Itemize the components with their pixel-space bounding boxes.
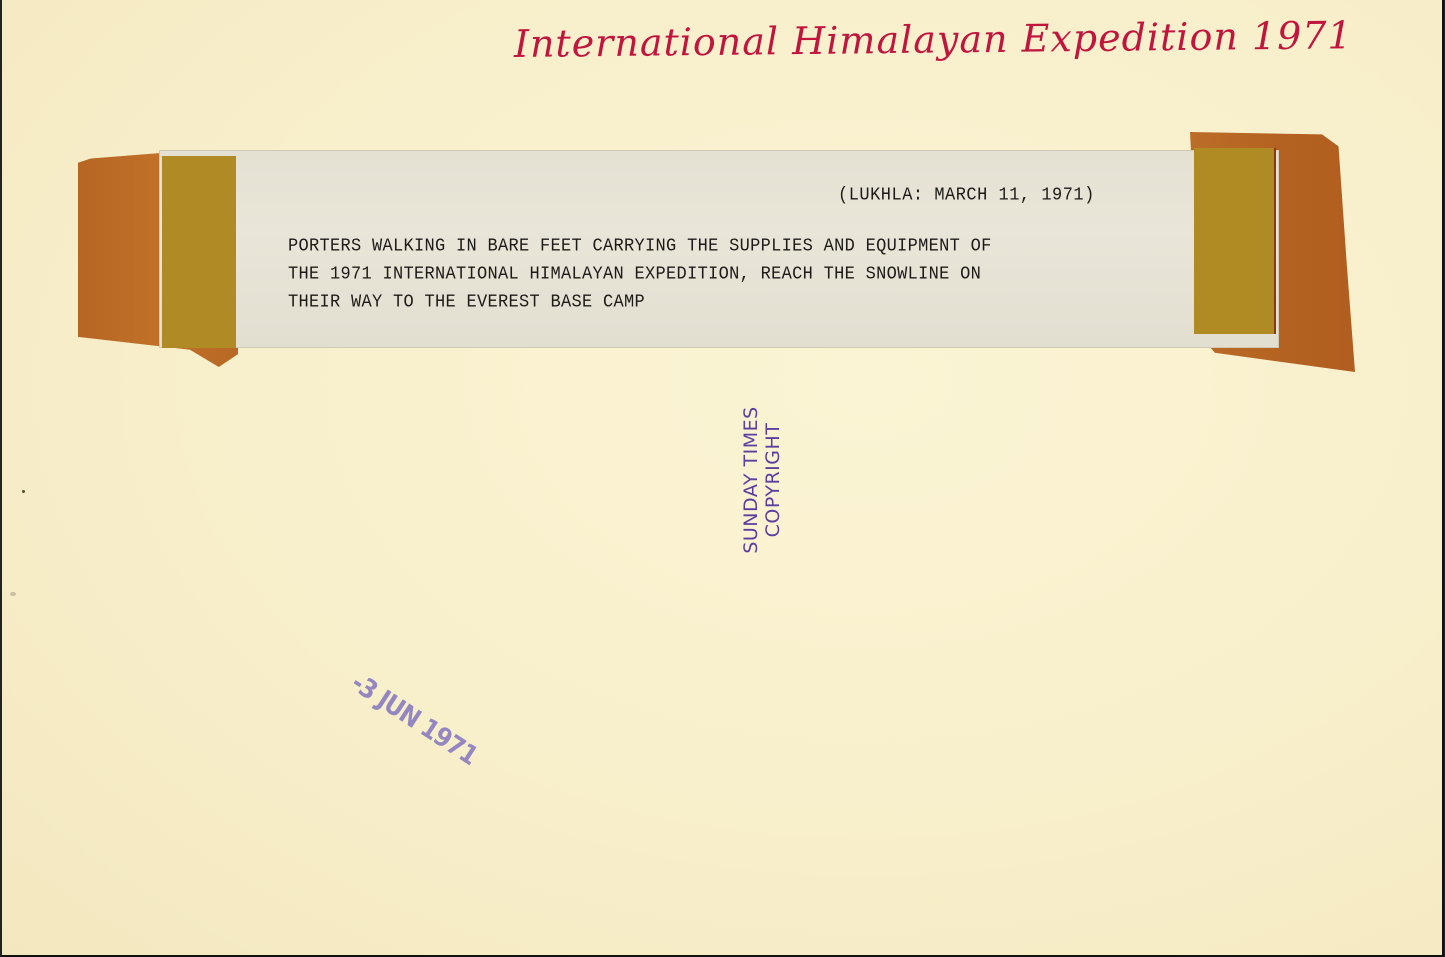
caption-line: PORTERS WALKING IN BARE FEET CARRYING TH… [288,232,1108,263]
copyright-stamp: SUNDAY TIMES COPYRIGHT [740,370,800,590]
caption-dateline: (LUKHLA: MARCH 11, 1971) [838,185,1095,206]
right-tape-overlap [1194,148,1276,334]
received-date-stamp: -3 JUN 1971 [346,668,483,771]
paper-speck [22,490,25,493]
paper-speck [10,592,16,596]
handwritten-title: International Himalayan Expedition 1971 [514,14,1275,82]
photo-back-paper: International Himalayan Expedition 1971 … [2,0,1444,957]
caption-body: PORTERS WALKING IN BARE FEET CARRYING TH… [288,233,1108,317]
copyright-stamp-line: SUNDAY TIMES [740,370,762,590]
caption-line: THE 1971 INTERNATIONAL HIMALAYAN EXPEDIT… [288,260,1108,291]
caption-line: THEIR WAY TO THE EVEREST BASE CAMP [288,288,1108,319]
left-tape-overlap [162,156,236,348]
copyright-stamp-line: COPYRIGHT [762,370,784,590]
